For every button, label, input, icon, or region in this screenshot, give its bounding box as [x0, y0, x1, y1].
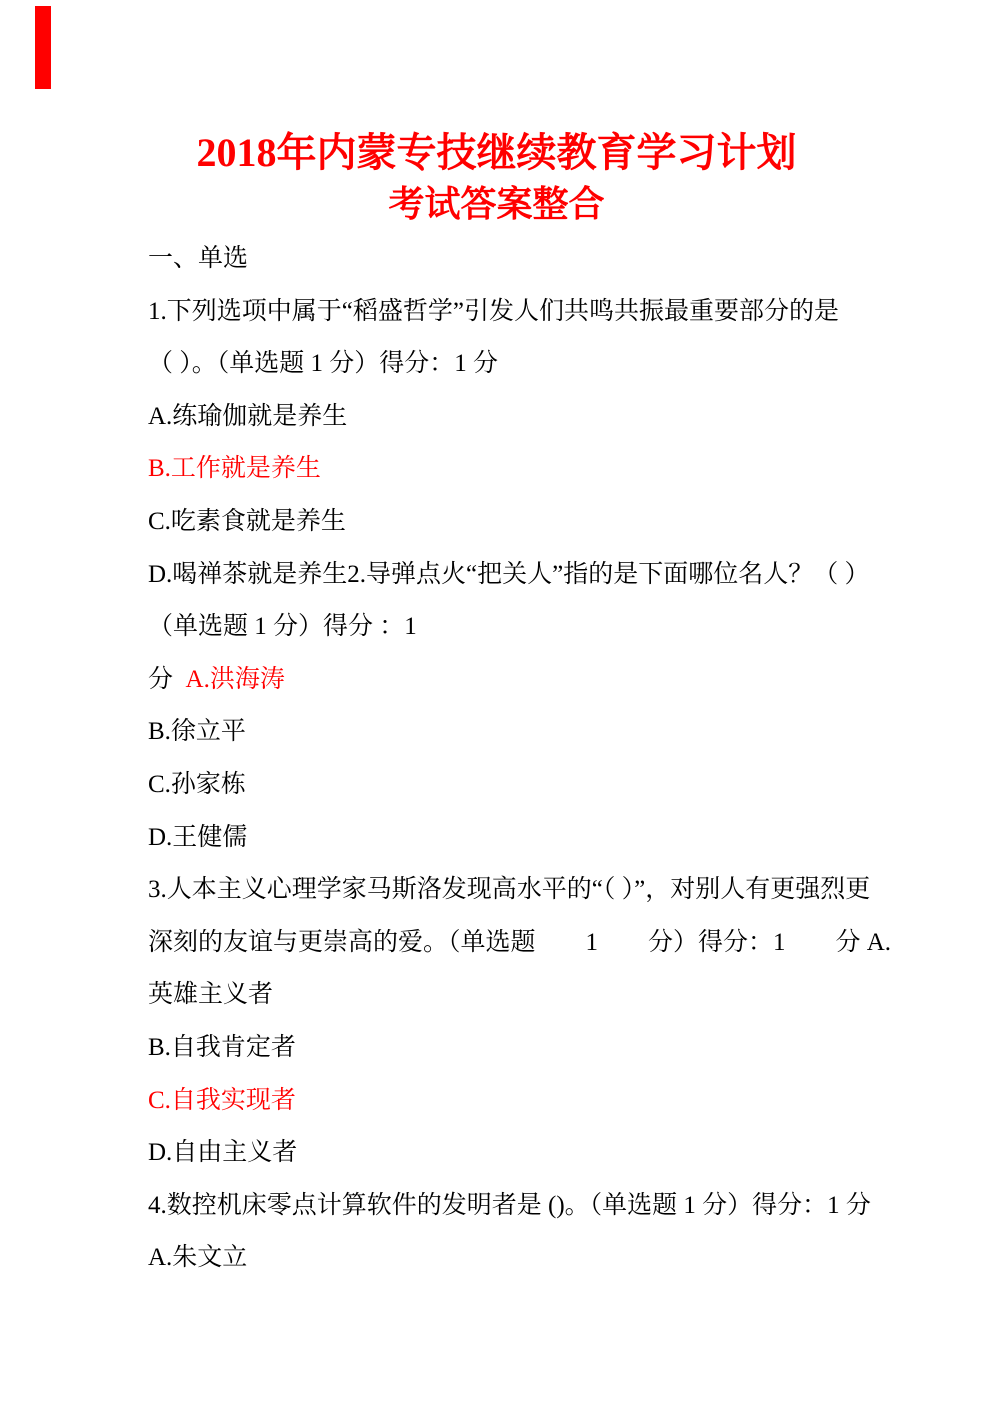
text-line: 1.下列选项中属于“稻盛哲学”引发人们共鸣共振最重要部分的是 — [148, 286, 948, 339]
text-segment: 一、单选 — [148, 245, 248, 272]
text-segment: A.朱文立 — [148, 1244, 247, 1271]
text-segment: （单选题 1 分）得分 ：1 — [148, 613, 417, 640]
document-title-line-2: 考试答案整合 — [0, 186, 993, 222]
text-line: （ ）。（单选题 1 分）得分：1 分 — [148, 338, 948, 391]
text-line: D.自由主义者 — [148, 1127, 948, 1180]
text-segment: 深刻的友谊与更崇高的爱。（单选题 1 分）得分：1 分 A. — [148, 929, 891, 956]
answer-highlight: C.自我实现者 — [148, 1087, 296, 1114]
text-segment: D.自由主义者 — [148, 1139, 297, 1166]
text-segment: C.孙家栋 — [148, 771, 246, 798]
text-segment: A.练瑜伽就是养生 — [148, 403, 347, 430]
text-segment: B.徐立平 — [148, 718, 246, 745]
text-segment: 分 — [148, 666, 173, 693]
document-page: 2018年内蒙专技继续教育学习计划 考试答案整合 一、单选1.下列选项中属于“稻… — [0, 0, 993, 1404]
text-line: 3.人本主义心理学家马斯洛发现高水平的“（ ）”，对别人有更强烈更 — [148, 864, 948, 917]
text-line: A.朱文立 — [148, 1232, 948, 1285]
text-segment: 英雄主义者 — [148, 981, 273, 1008]
text-segment: C.吃素食就是养生 — [148, 508, 346, 535]
answer-highlight: B.工作就是养生 — [148, 455, 321, 482]
text-line: A.练瑜伽就是养生 — [148, 391, 948, 444]
text-line: 分 A.洪海涛 — [148, 654, 948, 707]
text-segment: B.自我肯定者 — [148, 1034, 296, 1061]
text-segment: 4.数控机床零点计算软件的发明者是 ()。（单选题 1 分）得分：1 分 — [148, 1192, 871, 1219]
text-line: （单选题 1 分）得分 ：1 — [148, 601, 948, 654]
text-line: D.王健儒 — [148, 812, 948, 865]
text-segment: 1.下列选项中属于“稻盛哲学”引发人们共鸣共振最重要部分的是 — [148, 298, 839, 325]
text-line: C.孙家栋 — [148, 759, 948, 812]
text-line: B.工作就是养生 — [148, 443, 948, 496]
document-lines: 一、单选1.下列选项中属于“稻盛哲学”引发人们共鸣共振最重要部分的是（ ）。（单… — [148, 233, 948, 1285]
text-line: C.自我实现者 — [148, 1075, 948, 1128]
text-line: B.自我肯定者 — [148, 1022, 948, 1075]
text-line: 4.数控机床零点计算软件的发明者是 ()。（单选题 1 分）得分：1 分 — [148, 1180, 948, 1233]
document-title-line-1: 2018年内蒙专技继续教育学习计划 — [0, 133, 993, 173]
text-line: 一、单选 — [148, 233, 948, 286]
red-bookmark-ribbon — [35, 6, 51, 89]
text-line: 英雄主义者 — [148, 969, 948, 1022]
answer-highlight: A.洪海涛 — [173, 666, 285, 693]
text-segment: D.喝禅茶就是养生2.导弹点火“把关人”指的是下面哪位名人？（ ） — [148, 561, 870, 588]
text-line: C.吃素食就是养生 — [148, 496, 948, 549]
text-line: B.徐立平 — [148, 706, 948, 759]
text-line: D.喝禅茶就是养生2.导弹点火“把关人”指的是下面哪位名人？（ ） — [148, 549, 948, 602]
text-line: 深刻的友谊与更崇高的爱。（单选题 1 分）得分：1 分 A. — [148, 917, 948, 970]
text-segment: 3.人本主义心理学家马斯洛发现高水平的“（ ）”，对别人有更强烈更 — [148, 876, 870, 903]
text-segment: （ ）。（单选题 1 分）得分：1 分 — [148, 350, 498, 377]
text-segment: D.王健儒 — [148, 824, 247, 851]
